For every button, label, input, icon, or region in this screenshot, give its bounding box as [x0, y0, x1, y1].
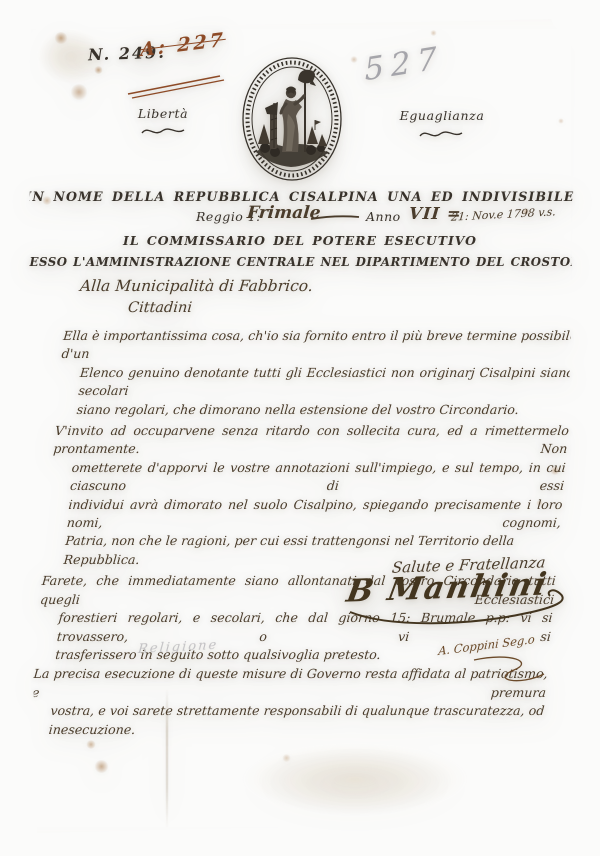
motto-eguaglianza: Eguaglianza [392, 108, 492, 123]
pencil-folio-number: 527 [364, 40, 445, 89]
water-stain [240, 742, 470, 816]
cancellation-stroke [126, 68, 226, 100]
secretary-flourish [468, 652, 552, 690]
paper-sheet: N. 249. A: 227 527 Libertà Eguaglianza [0, 0, 600, 856]
scan-background: N. 249. A: 227 527 Libertà Eguaglianza [0, 0, 600, 856]
body-line: individui avrà dimorato nel suolo Cisalp… [46, 496, 563, 533]
cancelled-registry-mark: A: 227 [140, 29, 226, 62]
motto-liberta: Libertà [118, 106, 208, 121]
foxing-spot [70, 84, 88, 100]
dateline-anno-label: Anno [366, 209, 401, 224]
body-line: vostra, e voi sarete strettamente respon… [28, 702, 545, 739]
dateline-gregorian-date: 21: Nov.e 1798 v.s. [450, 205, 556, 224]
liberty-emblem-icon [241, 56, 343, 182]
commissary-title: IL COMMISSARIO DEL POTERE ESECUTIVO [0, 233, 600, 248]
foxing-spot [94, 760, 109, 773]
dateline-month-dash [310, 214, 360, 222]
signature-flourish [340, 578, 576, 628]
foxing-spot [430, 30, 437, 36]
foxing-spot [350, 56, 358, 63]
flourish-under-eguaglianza [418, 129, 464, 141]
body-line: V'invito ad occuparvene senza ritardo co… [52, 422, 569, 459]
republic-heading: IN NOME DELLA REPUBBLICA CISALPINA UNA E… [0, 189, 600, 204]
salutation-line: Cittadini [127, 300, 192, 316]
foxing-spot [558, 118, 564, 124]
body-line: Elenco genuino denotante tutti gli Eccle… [58, 364, 575, 401]
body-line: siano regolari, che dimorano nella esten… [56, 401, 572, 419]
flourish-under-liberta [140, 126, 186, 138]
paper-sheet-wrapper: N. 249. A: 227 527 Libertà Eguaglianza [0, 0, 600, 856]
body-line: Ella è importantissima cosa, ch'io sia f… [61, 327, 578, 364]
recipient-line: Alla Municipalità di Fabbrico. [79, 277, 313, 295]
administration-title: PRESSO L'AMMINISTRAZIONE CENTRALE NEL DI… [0, 255, 600, 269]
body-line: ometterete d'apporvi le vostre annotazio… [49, 459, 566, 496]
foxing-spot [86, 740, 96, 749]
